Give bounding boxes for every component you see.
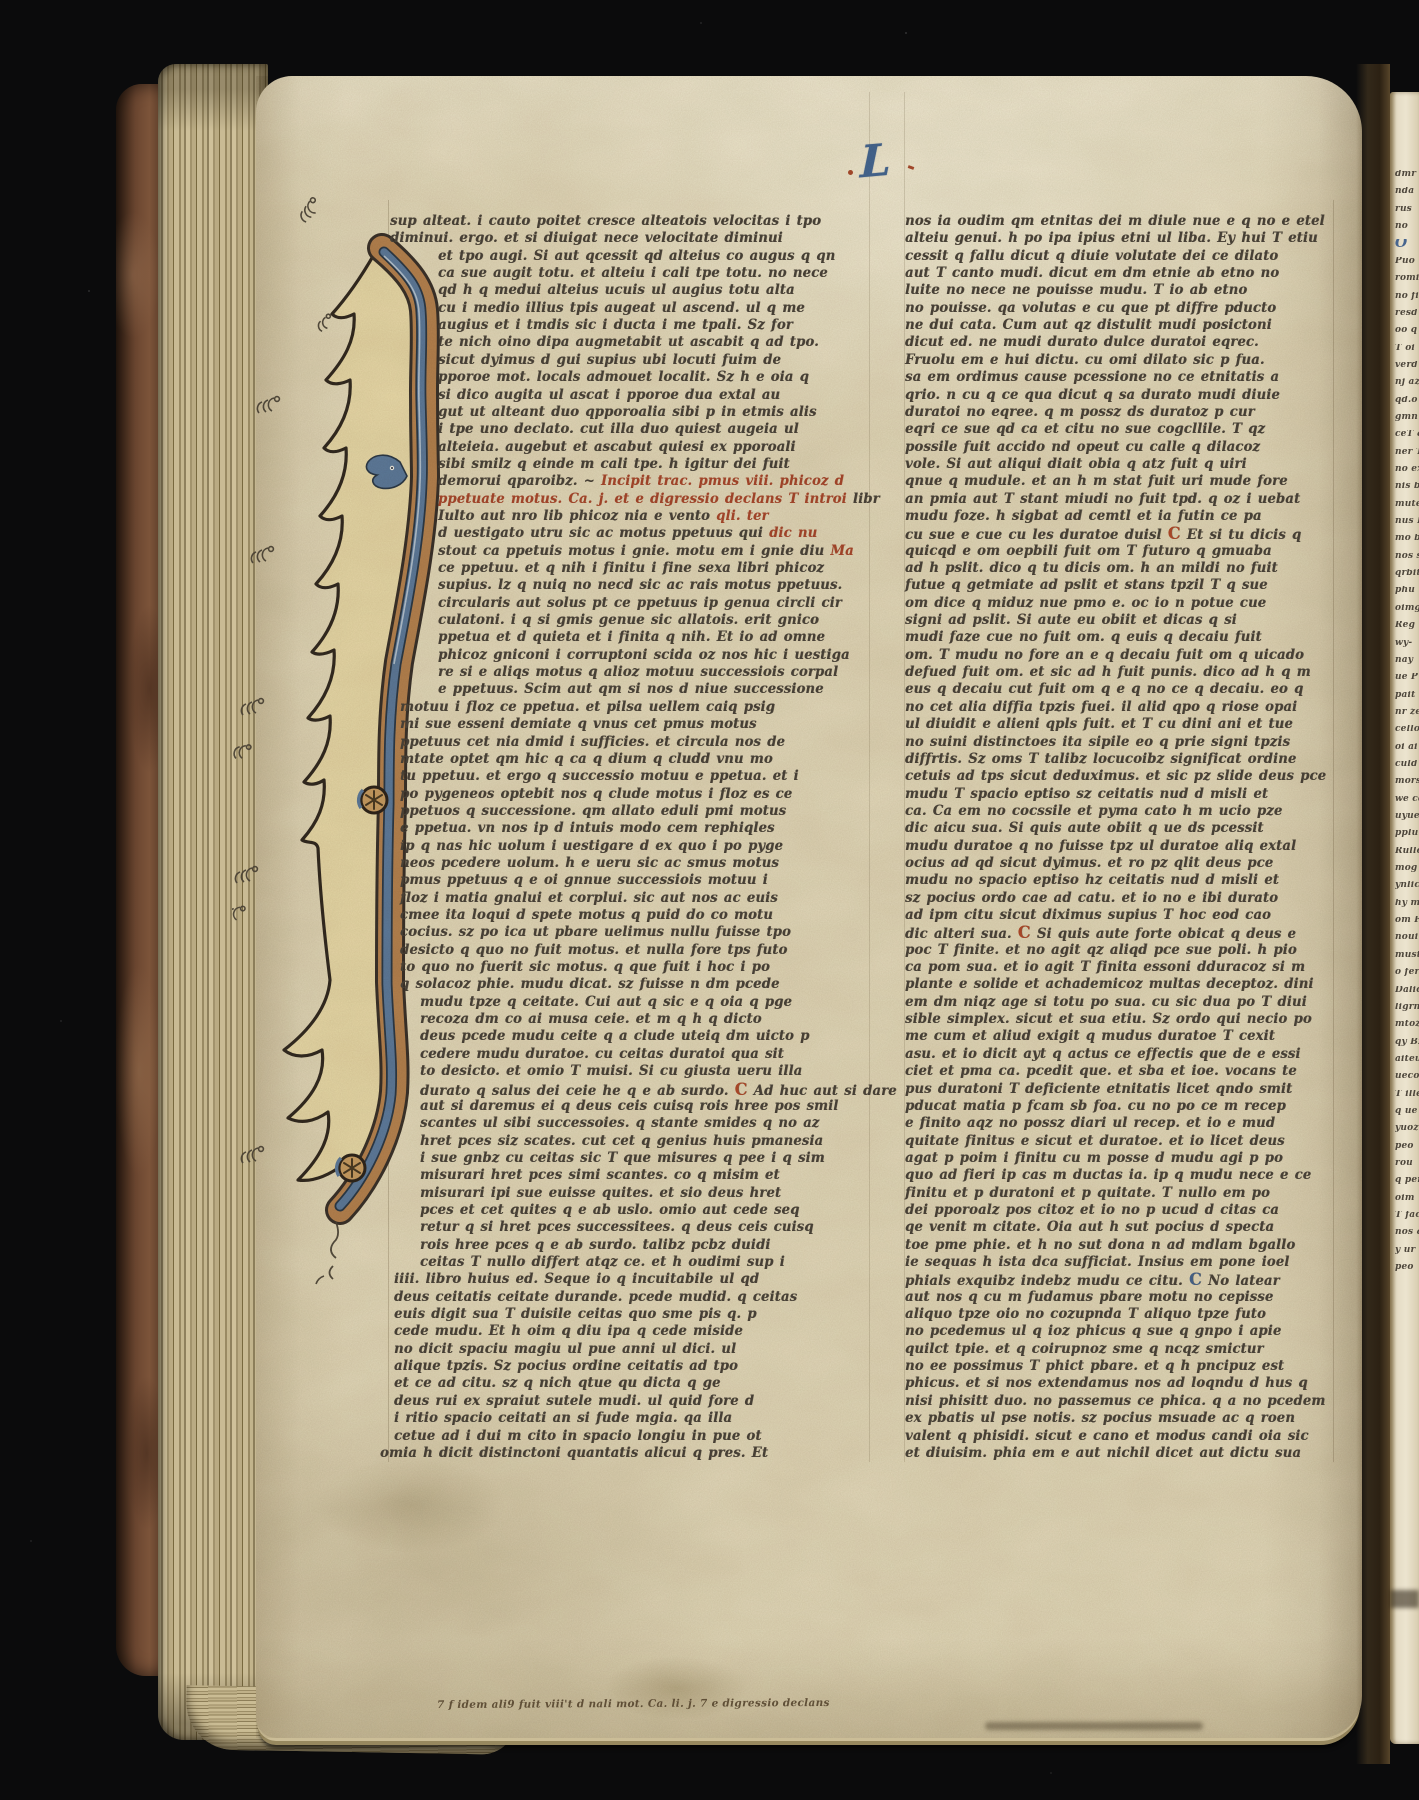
body-text: et ce ad citu. sz q nich qtue qu dicta q… — [394, 1376, 721, 1392]
body-text: mudu no spacio eptiso hz ceitatis nud d … — [905, 873, 1279, 889]
body-text: augius et i tmdis sic i ducta i me tpali… — [438, 318, 793, 334]
manuscript-text-line: culatoni. i q si gmis genue sic allatois… — [438, 614, 819, 628]
manuscript-text-line: mtate optet qm hic q ca q dium q cludd v… — [400, 753, 773, 767]
body-text: cmee ita loqui d spete motus q puid do c… — [400, 908, 773, 924]
manuscript-text-line: augius et i tmdis sic i ducta i me tpali… — [438, 319, 793, 333]
manuscript-text-line: sa em ordimus cause pcessione no ce etni… — [905, 371, 1279, 385]
body-text: alique tpzis. Sz pocius ordine ceitatis … — [394, 1359, 738, 1375]
red-paragraph-mark: C — [1168, 524, 1181, 544]
body-text: circularis aut solus pt ce ppetuus ip ge… — [438, 595, 842, 611]
body-text: poc T finite. et no agit qz aliqd pce su… — [905, 942, 1297, 958]
manuscript-text-line: no pcedemus ul q ioz phicus q sue q gnpo… — [905, 1325, 1281, 1339]
red-tick-icon — [908, 165, 915, 170]
manuscript-text-line: sibi smilz q einde m cali tpe. h igitur … — [438, 458, 790, 472]
manuscript-text-line: sup alteat. i cauto poitet cresce alteat… — [390, 215, 821, 229]
facing-page-text-fragment: mors — [1395, 777, 1419, 786]
body-text: i sue gnbz cu ceitas sic T que misures q… — [420, 1151, 825, 1167]
body-text: eus q decaiu cut fuit om q e q no ce q d… — [905, 682, 1303, 698]
manuscript-text-line: aut nos q cu m fudamus pbare motu no cep… — [905, 1290, 1273, 1304]
facing-page-text-fragment: o fer — [1395, 968, 1419, 977]
manuscript-text-line: pus duratoni T deficiente etnitatis lice… — [905, 1082, 1292, 1096]
manuscript-text-line: pporoe mot. locals admouet localit. Sz h… — [438, 371, 809, 385]
manuscript-text-line: i ritio spacio ceitati an si fude mgia. … — [394, 1412, 732, 1426]
facing-page-text-fragment: qd.o — [1395, 396, 1419, 405]
body-text: asu. et io dicit ayt q actus ce effectis… — [905, 1046, 1301, 1062]
body-text: mtate optet qm hic q ca q dium q cludd v… — [400, 751, 773, 767]
body-text: Iulto aut nro lib phicoz nia e vento — [438, 509, 716, 525]
manuscript-text-line: misurari ipi sue euisse quites. et sio d… — [420, 1186, 781, 1200]
manuscript-text-line: e ppetua. vn nos ip d intuis modo cem re… — [400, 822, 775, 836]
body-text: deus pcede mudu ceite q a clude uteiq dm… — [420, 1029, 809, 1045]
body-text: sicut dyimus d gui supius ubi locuti fui… — [438, 352, 781, 368]
manuscript-text-line: signi ad pslit. Si aute eu obiit et dica… — [905, 614, 1237, 628]
manuscript-text-line: motuu i floz ce ppetua. et pilsa uellem … — [400, 700, 775, 714]
manuscript-text-line: dic alteri sua. C Si quis aute forte obi… — [905, 926, 1296, 942]
facing-page-text-fragment: no ex — [1395, 465, 1419, 474]
manuscript-text-line: cetuis ad tps sicut deduximus. et sic pz… — [905, 770, 1326, 784]
body-text: d uestigato utru sic ac motus ppetuus qu… — [438, 526, 769, 542]
manuscript-text-line: aut si daremus ei q deus ceis cuisq rois… — [420, 1100, 838, 1114]
bottom-edge-shadow — [985, 1722, 1203, 1730]
manuscript-text-line: eqri ce sue qd ca et citu no sue cogclli… — [905, 423, 1265, 437]
body-text: ca sue augit totu. et alteiu i cali tpe … — [438, 266, 828, 282]
facing-page-text-fragment: gmn — [1395, 413, 1419, 422]
body-text: phials exquibz indebz mudu ce citu. — [905, 1274, 1189, 1290]
facing-page-text-fragment: T ille — [1395, 1090, 1419, 1099]
manuscript-text-line: Fruolu em e hui dictu. cu omi dilato sic… — [905, 353, 1265, 367]
manuscript-text-line: et tpo augi. Si aut qcessit qd alteius c… — [438, 249, 835, 263]
body-text: ie sequas h ista dca sufficiat. Insius e… — [905, 1255, 1289, 1271]
manuscript-text-line: tu ppetuu. et ergo q successio motuu e p… — [400, 770, 799, 784]
manuscript-text-line: ul diuidit e alieni qpls fuit. et T cu d… — [905, 718, 1293, 732]
manuscript-text-line: cu i medio illius tpis augeat ul ascend.… — [438, 301, 805, 315]
manuscript-text-line: toe pme phie. et h no sut dona n ad mdla… — [905, 1238, 1295, 1252]
body-text: mudi faze cue no fuit om. q euis q decai… — [905, 630, 1262, 646]
manuscript-text-line: qd h q medui alteius ucuis ul augius tot… — [438, 284, 795, 298]
manuscript-text-line: sible simplex. sicut et sua etiu. Sz ord… — [905, 1013, 1312, 1027]
facing-page-text-fragment: pait — [1395, 691, 1419, 700]
manuscript-text-line: asu. et io dicit ayt q actus ce effectis… — [905, 1047, 1301, 1061]
ruling-line — [869, 92, 870, 1462]
facing-page-text-fragment: ceT q — [1395, 430, 1419, 439]
manuscript-text-line: no suini distinctoes ita sipile eo q pri… — [905, 735, 1290, 749]
body-text: libr — [853, 491, 880, 507]
body-text: Ad huc aut si dare — [748, 1083, 897, 1099]
body-text: sible simplex. sicut et sua etiu. Sz ord… — [905, 1012, 1312, 1028]
body-text: cessit q fallu dicut q diuie volutate de… — [905, 248, 1278, 264]
manuscript-text-line: ceitas T nullo differt atqz ce. et h oud… — [420, 1256, 785, 1270]
manuscript-text-line: mudu tpze q ceitate. Cui aut q sic e q o… — [420, 995, 792, 1009]
body-text: pces et cet quites q e ab uslo. omio aut… — [420, 1203, 799, 1219]
body-text: quilct tpie. et q coirupnoz sme q ncqz s… — [905, 1341, 1264, 1357]
body-text: agat p poim i finitu cu m posse d mudu a… — [905, 1151, 1283, 1167]
facing-page-text-fragment: noui — [1395, 933, 1419, 942]
body-text: diminui. ergo. et si diuigat nece veloci… — [390, 231, 783, 247]
facing-page-text-fragment: resd — [1395, 309, 1419, 318]
body-text: me cum et aliud exigit q mudus duratoe T… — [905, 1029, 1275, 1045]
body-text: sibi smilz q einde m cali tpe. h igitur … — [438, 457, 790, 473]
body-text: no dicit spaciu magiu ul pue anni ul dic… — [394, 1341, 736, 1357]
facing-page-text-fragment: we ce — [1395, 795, 1419, 804]
body-text: re si e aliqs motus q alioz motuu succes… — [438, 665, 838, 681]
manuscript-text-line: poc T finite. et no agit qz aliqd pce su… — [905, 943, 1297, 957]
body-text: si dico augita ul ascat i pporoe dua ext… — [438, 387, 780, 403]
facing-page-text-fragment: peo — [1395, 1263, 1419, 1272]
manuscript-text-line: dei pporoalz pos citoz et io no p ucud d… — [905, 1204, 1279, 1218]
body-text: aut T canto mudi. dicut em dm etnie ab e… — [905, 266, 1279, 282]
manuscript-text-line: cetue ad i dui m cito in spacio longiu i… — [394, 1429, 762, 1443]
body-text: misurari ipi sue euisse quites. et sio d… — [420, 1185, 781, 1201]
body-text: q solacoz phie. mudu dicat. sz fuisse n … — [400, 977, 780, 993]
manuscript-text-line: d uestigato utru sic ac motus ppetuus qu… — [438, 527, 817, 541]
body-text: eqri ce sue qd ca et citu no sue cogclli… — [905, 422, 1265, 438]
body-text: defued fuit om. et sic ad h fuit punis. … — [905, 665, 1311, 681]
body-text: pporoe mot. locals admouet localit. Sz h… — [438, 370, 809, 386]
body-text: ppetuus cet nia dmid i sufficies. et cir… — [400, 734, 785, 750]
body-text: dic alteri sua. — [905, 927, 1018, 943]
body-text: i tpe uno declato. cut illa duo quiest a… — [438, 422, 799, 438]
body-text: rois hree pces q e ab surdo. talibz pcbz… — [420, 1237, 770, 1253]
manuscript-text-line: pces et cet quites q e ab uslo. omio aut… — [420, 1204, 799, 1218]
body-text: mudu tpze q ceitate. Cui aut q sic e q o… — [420, 994, 792, 1010]
body-text: misurari hret pces simi scantes. co q mi… — [420, 1168, 780, 1184]
facing-page-text-fragment: no — [1395, 222, 1419, 231]
facing-page-text-fragment: mo b — [1395, 534, 1419, 543]
facing-page-initial: O — [1395, 239, 1419, 248]
facing-page-text-fragment: q ue P — [1395, 1107, 1419, 1116]
manuscript-text-line: om. T mudu no fore an e q decaiu fuit om… — [905, 648, 1304, 662]
facing-page-text-fragment: hy m — [1395, 899, 1419, 908]
manuscript-text-line: re si e aliqs motus q alioz motuu succes… — [438, 666, 838, 680]
body-text: te nich oino dipa augmetabit ut ascabit … — [438, 335, 819, 351]
manuscript-text-line: phials exquibz indebz mudu ce citu. C No… — [905, 1273, 1280, 1289]
rubric-text: qli. ter — [716, 509, 768, 525]
manuscript-text-line: scantes ul sibi successoies. q stante sm… — [420, 1117, 819, 1131]
manuscript-text-line: deus pcede mudu ceite q a clude uteiq dm… — [420, 1030, 809, 1044]
facing-page-text-fragment: mute — [1395, 500, 1419, 509]
body-text: ce ppetuu. et q nih i finitu i fine sexa… — [438, 561, 824, 577]
body-text: mudu foze. h sigbat ad cemtl et ia futin… — [905, 509, 1262, 525]
manuscript-text-line: q solacoz phie. mudu dicat. sz fuisse n … — [400, 978, 780, 992]
body-text: deus ceitatis ceitate durande. pcede mud… — [394, 1289, 797, 1305]
manuscript-text-line: ciet et pma ca. pcedit que. et sba et io… — [905, 1065, 1297, 1079]
body-text: possile fuit accido nd opeut cu calle q … — [905, 439, 1260, 455]
body-text: cede mudu. Et h oim q diu ipa q cede mis… — [394, 1324, 743, 1340]
facing-page-text-fragment: must — [1395, 951, 1419, 960]
body-text: pus duratoni T deficiente etnitatis lice… — [905, 1081, 1292, 1097]
red-paragraph-mark: C — [735, 1079, 748, 1099]
body-text: et tpo augi. Si aut qcessit qd alteius c… — [438, 248, 835, 264]
body-text: culatoni. i q si gmis genue sic allatois… — [438, 613, 819, 629]
manuscript-text-line: nos ia oudim qm etnitas dei m diule nue … — [905, 215, 1325, 229]
manuscript-text-line: ad ipm citu sicut diximus supius T hoc e… — [905, 909, 1271, 923]
facing-page-text-fragment: oi ai — [1395, 743, 1419, 752]
body-text: cedere mudu duratoe. cu ceitas duratoi q… — [420, 1046, 784, 1062]
manuscript-text-line: finitu et p duratoni et p quitate. T nul… — [905, 1186, 1270, 1200]
manuscript-text-line: pducat matia p fcam sb foa. cu no po ce … — [905, 1100, 1286, 1114]
facing-page-text-fragment: q per — [1395, 1176, 1419, 1185]
manuscript-text-line: quilct tpie. et q coirupnoz sme q ncqz s… — [905, 1342, 1264, 1356]
body-text: hret pces siz scates. cut cet q genius h… — [420, 1133, 823, 1149]
manuscript-text-line: misurari hret pces simi scantes. co q mi… — [420, 1169, 780, 1183]
manuscript-text-line: neos pcedere uolum. h e ueru sic ac smus… — [400, 857, 779, 871]
facing-page-text-fragment: romi — [1395, 274, 1419, 283]
body-text: valent q phisidi. sicut e cano et modus … — [905, 1428, 1309, 1444]
body-text: qe venit m citate. Oia aut h sut pocius … — [905, 1220, 1274, 1236]
manuscript-text-line: qnue q mudule. et an h m stat fuit uri m… — [905, 475, 1288, 489]
facing-page-text-fragment: nr ze — [1395, 708, 1419, 717]
manuscript-text-line: no ee possimus T phict pbare. et q h pnc… — [905, 1360, 1284, 1374]
body-text: ex pbatis ul pse notis. sz pocius msuade… — [905, 1411, 1295, 1427]
body-text: signi ad pslit. Si aute eu obiit et dica… — [905, 613, 1237, 629]
pen-flourishes — [232, 197, 338, 1284]
manuscript-text-line: i tpe uno declato. cut illa duo quiest a… — [438, 423, 799, 437]
facing-page-text-fragment: dmr — [1395, 170, 1419, 179]
body-text: recoza dm co ai musa ceie. et m q h q di… — [420, 1012, 762, 1028]
body-text: po pygeneos optebit nos q clude motus i … — [400, 786, 792, 802]
facing-page-text-fragment: peo — [1395, 1142, 1419, 1151]
manuscript-text-line: recoza dm co ai musa ceie. et m q h q di… — [420, 1013, 762, 1027]
manuscript-text-line: mudu no spacio eptiso hz ceitatis nud d … — [905, 874, 1279, 888]
body-text: cu i medio illius tpis augeat ul ascend.… — [438, 300, 805, 316]
manuscript-text-line: et ce ad citu. sz q nich qtue qu dicta q… — [394, 1377, 721, 1391]
facing-page-gap — [1390, 1590, 1419, 1608]
body-text: demorui qparoibz. ~ — [438, 474, 601, 490]
manuscript-text-line: cede mudu. Et h oim q diu ipa q cede mis… — [394, 1325, 743, 1339]
facing-page-text-fragment: nis bz — [1395, 482, 1419, 491]
manuscript-text-line: ocius ad qd sicut dyimus. et ro pz qlit … — [905, 857, 1273, 871]
manuscript-text-line: agat p poim i finitu cu m posse d mudu a… — [905, 1152, 1283, 1166]
facing-page-text-fragment: verd — [1395, 361, 1419, 370]
manuscript-text-line: phicoz gniconi i corruptoni scida oz nos… — [438, 648, 850, 662]
manuscript-text-line: desicto q quo no fuit motus. et nulla fo… — [400, 943, 787, 957]
body-text: ne dui cata. Cum aut qz distulit mudi po… — [905, 318, 1272, 334]
manuscript-text-line: no dicit spaciu magiu ul pue anni ul dic… — [394, 1342, 736, 1356]
manuscript-text-line: si dico augita ul ascat i pporoe dua ext… — [438, 388, 780, 402]
body-text: alteiu genui. h po ipa ipius etni ul lib… — [905, 231, 1318, 247]
facing-page-text-fragment: T oi — [1395, 344, 1419, 353]
body-text: euis digit sua T duisile ceitas quo sme … — [394, 1307, 757, 1323]
body-text: sz pocius ordo cae ad catu. et io no e i… — [905, 890, 1278, 906]
body-text: ad ipm citu sicut diximus supius T hoc e… — [905, 908, 1271, 924]
body-text: aut si daremus ei q deus ceis cuisq rois… — [420, 1098, 838, 1114]
facing-page-text-fragment: ynlic — [1395, 881, 1419, 890]
facing-page-text-fragment: phu — [1395, 586, 1419, 595]
body-text: e ppetuus. Scim aut qm si nos d niue suc… — [438, 682, 824, 698]
body-text: dicut ed. ne mudi durato dulce duratoi e… — [905, 335, 1259, 351]
body-text: dic aicu sua. Si quis aute obiit q ue ds… — [905, 821, 1264, 837]
manuscript-text-line: sz pocius ordo cae ad catu. et io no e i… — [905, 891, 1278, 905]
body-text: mudu duratoe q no fuisse tpz ul duratoe … — [905, 838, 1296, 854]
facing-page-text-fragment: Puo — [1395, 257, 1419, 266]
body-text: floz i matia gnalui et corplui. sic aut … — [400, 890, 778, 906]
manuscript-text-line: diffrtis. Sz oms T talibz locucoibz sign… — [905, 753, 1296, 767]
body-text: diffrtis. Sz oms T talibz locucoibz sign… — [905, 751, 1296, 767]
manuscript-text-line: euis digit sua T duisile ceitas quo sme … — [394, 1308, 757, 1322]
manuscript-text-line: nisi phisitt duo. no passemus ce phica. … — [905, 1394, 1325, 1408]
body-text: Si quis aute forte obicat q deus e — [1031, 927, 1296, 943]
folio-mark-letter: L — [860, 139, 892, 186]
body-text: quo ad fieri ip cas m ductas ia. ip q mu… — [905, 1168, 1311, 1184]
body-text: e finito aqz no possz diari ul recep. et… — [905, 1116, 1275, 1132]
facing-page-text-fragment: ue P — [1395, 673, 1419, 682]
manuscript-text-line: et diuisim. phia em e aut nichil dicet a… — [905, 1447, 1301, 1461]
facing-page-text-fragment: pplu — [1395, 829, 1419, 838]
manuscript-text-line: cocius. sz po ica ut pbare uelimus nullu… — [400, 926, 791, 940]
manuscript-text-line: diminui. ergo. et si diuigat nece veloci… — [390, 232, 783, 246]
manuscript-text-line: ppetuate motus. Ca. j. et e digressio de… — [438, 492, 880, 506]
facing-page-text-fragment: ligrn — [1395, 1003, 1419, 1012]
manuscript-text-line: luite no nece ne pouisse mudu. T io ab e… — [905, 284, 1247, 298]
manuscript-text-line: defued fuit om. et sic ad h fuit punis. … — [905, 666, 1311, 680]
manuscript-text-line: circularis aut solus pt ce ppetuus ip ge… — [438, 596, 842, 610]
body-text: sup alteat. i cauto poitet cresce alteat… — [390, 214, 821, 230]
facing-page-text-fragment: rus — [1395, 205, 1419, 214]
manuscript-text-line: eus q decaiu cut fuit om q e q no ce q d… — [905, 683, 1303, 697]
manuscript-text-line: cedere mudu duratoe. cu ceitas duratoi q… — [420, 1047, 784, 1061]
body-text: qd h q medui alteius ucuis ul augius tot… — [438, 283, 795, 299]
facing-page-text-fragment: Dalic — [1395, 986, 1419, 995]
facing-page-text-fragment: aiteu — [1395, 1055, 1419, 1064]
folio-mark: L — [848, 138, 918, 202]
body-text: nos ia oudim qm etnitas dei m diule nue … — [905, 214, 1325, 230]
rubric-text: Incipit trac. pmus viii. phicoz d — [601, 474, 844, 490]
body-text: desicto q quo no fuit motus. et nulla fo… — [400, 942, 787, 958]
body-text: ad h pslit. dico q tu dicis om. h an mil… — [905, 561, 1278, 577]
body-text: luite no nece ne pouisse mudu. T io ab e… — [905, 283, 1247, 299]
body-text: aut nos q cu m fudamus pbare motu no cep… — [905, 1289, 1273, 1305]
manuscript-text-line: te nich oino dipa augmetabit ut ascabit … — [438, 336, 819, 350]
facing-page-text-fragment: no fi — [1395, 292, 1419, 301]
dust-specks — [0, 0, 2, 2]
body-text: pmus ppetuus q e oi gnnue successiois mo… — [400, 873, 768, 889]
facing-page-text-fragment: mog — [1395, 864, 1419, 873]
body-text: Fruolu em e hui dictu. cu omi dilato sic… — [905, 352, 1265, 368]
manuscript-text-line: iiii. libro huius ed. Seque io q incuita… — [394, 1273, 759, 1287]
manuscript-text-line: me cum et aliud exigit q mudus duratoe T… — [905, 1030, 1275, 1044]
manuscript-text-line: duratoi no eqree. q m possz ds duratoz p… — [905, 406, 1255, 420]
facing-page-text-fragment: Reg — [1395, 621, 1419, 630]
body-text: ocius ad qd sicut dyimus. et ro pz qlit … — [905, 856, 1273, 872]
manuscript-text-line: ppetua et d quieta et i finita q nih. Et… — [438, 631, 825, 645]
manuscript-text-line: ca sue augit totu. et alteiu i cali tpe … — [438, 267, 828, 281]
body-text: ppetuos q successione. qm allato eduli p… — [400, 804, 786, 820]
body-text: stout ca ppetuis motus i gnie. motu em i… — [438, 543, 830, 559]
body-text: plante e solide et achademicoz multas de… — [905, 977, 1314, 993]
body-text: ciet et pma ca. pcedit que. et sba et io… — [905, 1064, 1297, 1080]
manuscript-text-line: mudi faze cue no fuit om. q euis q decai… — [905, 631, 1262, 645]
manuscript-text-line: ie sequas h ista dca sufficiat. Insius e… — [905, 1256, 1289, 1270]
facing-page-text-fragment: nj az — [1395, 378, 1419, 387]
manuscript-text-line: ne dui cata. Cum aut qz distulit mudi po… — [905, 319, 1272, 333]
facing-page-text-fragment: rou — [1395, 1159, 1419, 1168]
facing-page-text-fragment: oim — [1395, 1194, 1419, 1203]
body-text: toe pme phie. et h no sut dona n ad mdla… — [905, 1237, 1295, 1253]
manuscript-text-line: gut ut alteant duo qpporoalia sibi p in … — [438, 406, 817, 420]
body-text: cetue ad i dui m cito in spacio longiu i… — [394, 1428, 762, 1444]
body-text: deus rui ex spraiut sutele mudi. ul quid… — [394, 1393, 754, 1409]
manuscript-text-line: e finito aqz no possz diari ul recep. et… — [905, 1117, 1275, 1131]
body-text: pducat matia p fcam sb foa. cu no po ce … — [905, 1098, 1286, 1114]
facing-page-text-fragment: nos q — [1395, 1228, 1419, 1237]
manuscript-text-line: vole. Si aut aliqui diait obia q atz fui… — [905, 458, 1247, 472]
facing-page-text-fragment: Rullo — [1395, 847, 1419, 856]
body-text: duratoi no eqree. q m possz ds duratoz p… — [905, 404, 1255, 420]
manuscript-text-line: futue q getmiate ad pslit et stans tpzil… — [905, 579, 1268, 593]
facing-page-edge: dmrndarusnoOPuoromino firesdoo qT oiverd… — [1390, 92, 1419, 1744]
facing-page-text-fragment: T fac — [1395, 1211, 1419, 1220]
body-text: sa em ordimus cause pcessione no ce etni… — [905, 370, 1279, 386]
manuscript-text-line: quicqd e om oepbili fuit om T futuro q g… — [905, 544, 1272, 558]
facing-page-text-fragment: qy Bz — [1395, 1038, 1419, 1047]
body-text: an pmia aut T stant miudi no fuit tpd. q… — [905, 491, 1300, 507]
manuscript-text-line: to desicto. et omio T muisi. Si cu giust… — [420, 1065, 802, 1079]
facing-page-text-fragment: nos s — [1395, 552, 1419, 561]
body-text: ceitas T nullo differt atqz ce. et h oud… — [420, 1255, 785, 1271]
manuscript-text-line: ca pom sua. et io agit T finita essoni d… — [905, 961, 1305, 975]
manuscript-text-line: supius. lz q nuiq no necd sic ac rais mo… — [438, 579, 842, 593]
manuscript-text-line: deus rui ex spraiut sutele mudi. ul quid… — [394, 1394, 754, 1408]
body-text: to quo no fuerit sic motus. q que fuit i… — [400, 960, 770, 976]
manuscript-text-line: alteieia. augebut et ascabut quiesi ex p… — [438, 440, 796, 454]
manuscript-text-line: ad h pslit. dico q tu dicis om. h an mil… — [905, 562, 1278, 576]
manuscript-text-line: cessit q fallu dicut q diuie volutate de… — [905, 249, 1278, 263]
manuscript-text-line: stout ca ppetuis motus i gnie. motu em i… — [438, 544, 854, 558]
manuscript-text-line: e ppetuus. Scim aut qm si nos d niue suc… — [438, 683, 824, 697]
manuscript-text-line: to quo no fuerit sic motus. q que fuit i… — [400, 961, 770, 975]
manuscript-text-line: alteiu genui. h po ipa ipius etni ul lib… — [905, 232, 1318, 246]
body-text: alteieia. augebut et ascabut quiesi ex p… — [438, 439, 796, 455]
body-text: motuu i floz ce ppetua. et pilsa uellem … — [400, 699, 775, 715]
manuscript-text-line: mudu foze. h sigbat ad cemtl et ia futin… — [905, 510, 1262, 524]
facing-page-text-fragment: y ur — [1395, 1246, 1419, 1255]
footer-annotation: 7 f idem ali9 fuit viii't d nali mot. Ca… — [437, 1698, 830, 1711]
manuscript-text-line: demorui qparoibz. ~ Incipit trac. pmus v… — [438, 475, 844, 489]
body-text: no ee possimus T phict pbare. et q h pnc… — [905, 1359, 1284, 1375]
facing-page-text-fragment: mtoz — [1395, 1020, 1419, 1029]
manuscript-text-line: quitate finitus e sicut et duratoe. et i… — [905, 1134, 1285, 1148]
facing-page-text-fragment: wy- — [1395, 639, 1419, 648]
facing-page-text-fragment: oo q — [1395, 326, 1419, 335]
body-text: quicqd e om oepbili fuit om T futuro q g… — [905, 543, 1272, 559]
body-text: no pouisse. qa volutas e cu que pt diffr… — [905, 300, 1276, 316]
manuscript-text-line: ca. Ca em no cocssile et pyma cato h m u… — [905, 805, 1282, 819]
body-text: ca. Ca em no cocssile et pyma cato h m u… — [905, 804, 1282, 820]
manuscript-text-line: Iulto aut nro lib phicoz nia e vento qli… — [438, 510, 769, 524]
manuscript-text-line: no cet alia diffia tpzis fuei. il alid q… — [905, 700, 1297, 714]
facing-page-text-fragment: nus P — [1395, 517, 1419, 526]
manuscript-text-line: alique tpzis. Sz pocius ordine ceitatis … — [394, 1360, 738, 1374]
body-text: om. T mudu no fore an e q decaiu fuit om… — [905, 647, 1304, 663]
body-text: supius. lz q nuiq no necd sic ac rais mo… — [438, 578, 842, 594]
body-text: ul diuidit e alieni qpls fuit. et T cu d… — [905, 717, 1293, 733]
gutter-shadow — [1356, 64, 1390, 1764]
body-text: Et si tu dicis q — [1181, 528, 1302, 544]
text-column-right: nos ia oudim qm etnitas dei m diule nue … — [905, 215, 1335, 1465]
rosette-medallion-icon — [359, 787, 387, 813]
body-text: durato q salus dei ceie he q e ab surdo. — [420, 1083, 735, 1099]
manuscript-text-line: floz i matia gnalui et corplui. sic aut … — [400, 891, 778, 905]
manuscript-text-line: aliquo tpze oio no cozupnda T aliquo tpz… — [905, 1308, 1266, 1322]
facing-page-text-fragment: qrbit — [1395, 569, 1419, 578]
manuscript-text-line: mudu T spacio eptiso sz ceitatis nud d m… — [905, 787, 1268, 801]
body-text: cocius. sz po ica ut pbare uelimus nullu… — [400, 925, 791, 941]
body-text: ppetua et d quieta et i finita q nih. Et… — [438, 630, 825, 646]
manuscript-text-line: possile fuit accido nd opeut cu calle q … — [905, 440, 1260, 454]
text-column-left: sup alteat. i cauto poitet cresce alteat… — [390, 215, 862, 1465]
manuscript-text-line: po pygeneos optebit nos q clude motus i … — [400, 787, 792, 801]
body-text: futue q getmiate ad pslit et stans tpzil… — [905, 578, 1268, 594]
